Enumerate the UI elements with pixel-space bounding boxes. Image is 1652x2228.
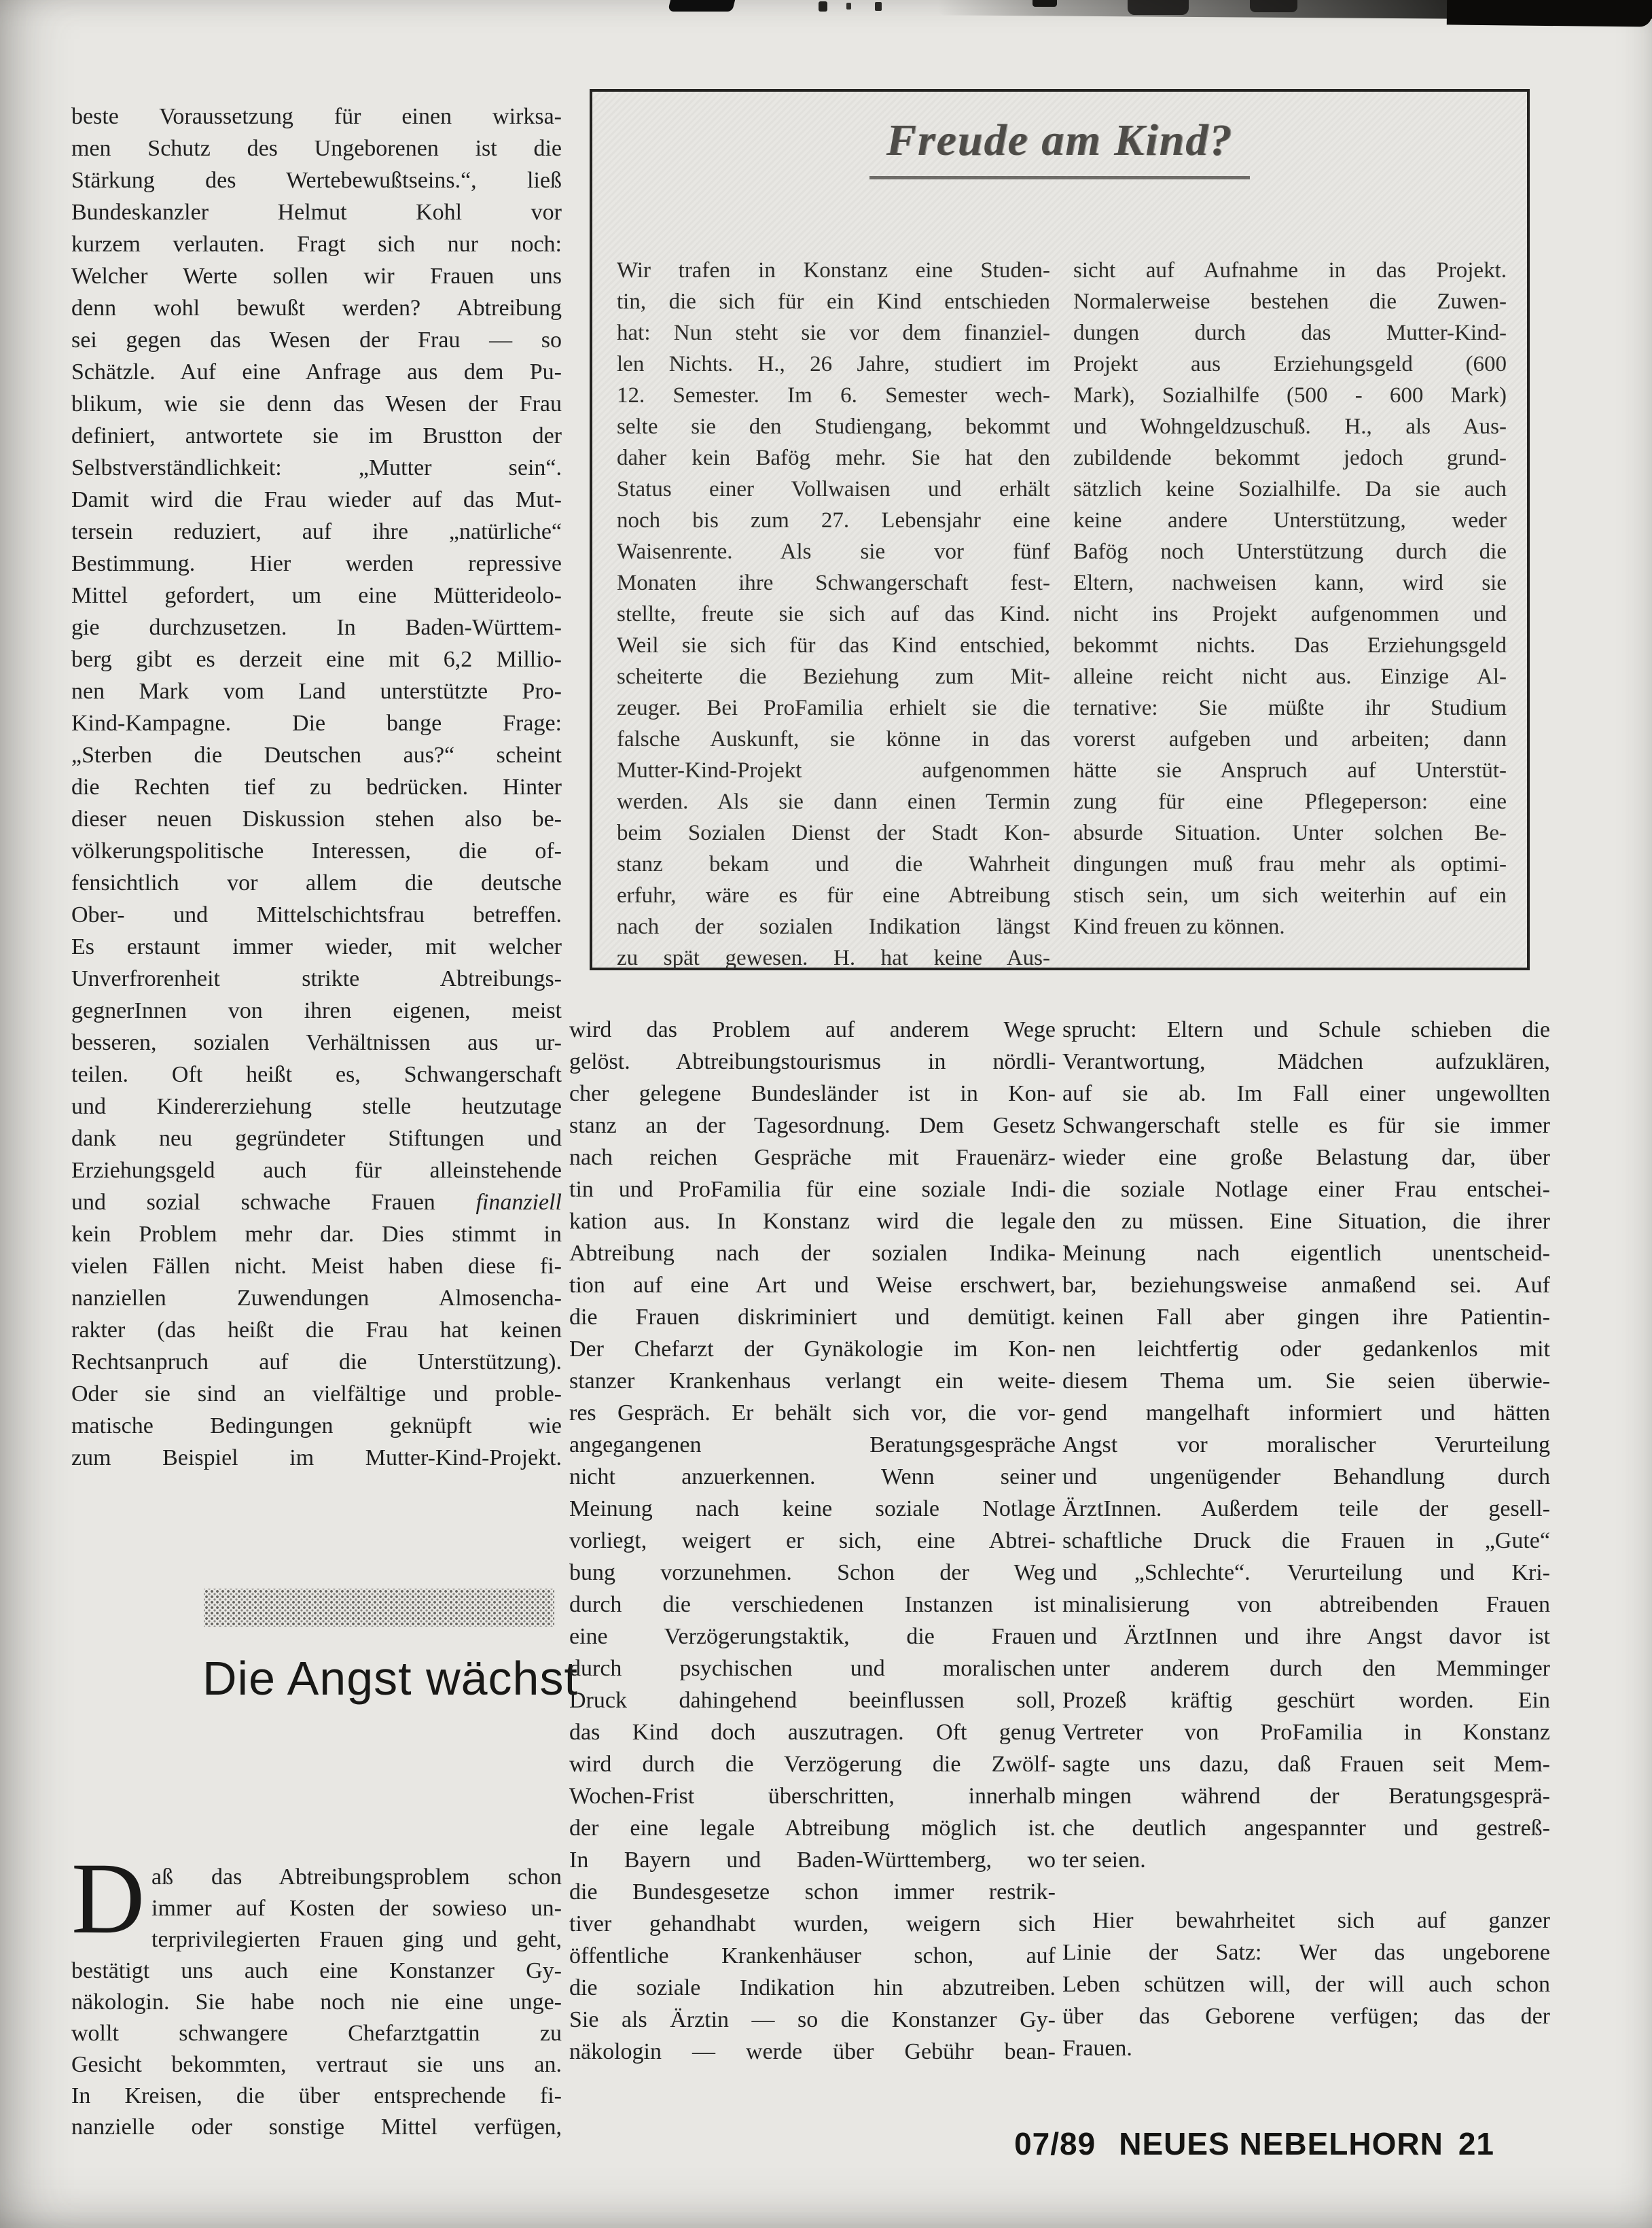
magazine-page: beste Voraussetzung für einen wirksa-men… [0,0,1652,2228]
page-footer: 07/89NEUES NEBELHORN21 [876,2125,1494,2162]
right-column: sprucht: Eltern und Schule schieben dieV… [1062,1014,1550,2064]
paragraph-gap [1062,1876,1550,1905]
right-column-paragraph-1: sprucht: Eltern und Schule schieben dieV… [1062,1014,1550,1876]
scan-artifact [668,0,735,12]
scan-artifact [819,1,827,12]
scan-artifact [1250,0,1297,12]
scan-artifact [846,3,851,10]
right-column-paragraph-2: Hier bewahrheitet sich auf ganzerLinie d… [1062,1905,1550,2064]
drop-cap-paragraph-text: aß das Abtreibungsproblem schonimmer auf… [71,1862,562,2143]
footer-magazine-name: NEUES NEBELHORN [1119,2126,1443,2161]
scan-artifact [1447,0,1652,27]
drop-cap: D [71,1864,142,1928]
boxed-article-left-column: Wir trafen in Konstanz eine Studen-tin, … [617,255,1050,974]
section-heading: Die Angst wächst [202,1651,583,1705]
boxed-article-right-column: sicht auf Aufnahme in das Projekt.Normal… [1073,255,1507,942]
left-column-text: beste Voraussetzung für einen wirksa-men… [71,101,562,1474]
boxed-article: Freude am Kind? Wir trafen in Konstanz e… [590,89,1530,970]
title-rule [869,176,1250,179]
drop-cap-paragraph: D aß das Abtreibungsproblem schonimmer a… [71,1862,562,2143]
scan-artifact [875,2,882,11]
footer-page-number: 21 [1458,2126,1494,2161]
scan-artifact [1128,0,1189,15]
middle-column-text: wird das Problem auf anderem Wegegelöst.… [569,1014,1056,2068]
boxed-article-title: Freude am Kind? [592,115,1527,166]
footer-issue: 07/89 [1014,2126,1096,2161]
halftone-bar [204,1589,554,1627]
scan-artifacts [0,0,1652,38]
